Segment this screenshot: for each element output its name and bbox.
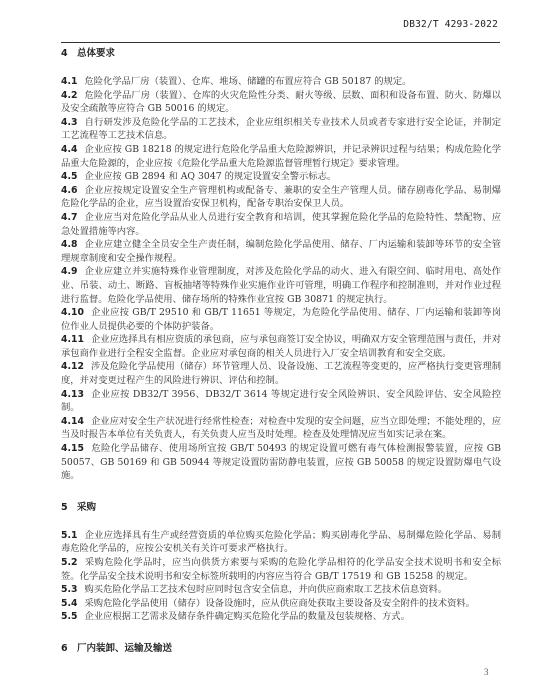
spacer bbox=[61, 515, 501, 529]
document-body: 4总体要求 4.1危险化学品厂房（装置）、仓库、堆场、储罐的布置应符合 GB 5… bbox=[61, 45, 501, 656]
clause-number: 5.2 bbox=[61, 557, 77, 568]
clause-text: 企业应按 GB 2894 和 AQ 3047 的规定设置安全警示标志。 bbox=[84, 171, 336, 182]
clause-4-8: 4.8企业应建立健全全员安全生产责任制，编制危险化学品使用、储存、厂内运输和装卸… bbox=[61, 238, 501, 265]
section-title: 采购 bbox=[77, 502, 96, 513]
clause-text: 企业应按 DB32/T 3956、DB32/T 3614 等规定进行安全风险辨识… bbox=[61, 389, 501, 414]
clause-number: 4.13 bbox=[61, 389, 84, 400]
clause-number: 5.4 bbox=[61, 598, 77, 609]
clause-text: 危险化学品储存、使用场所宜按 GB/T 50493 的规定设置可燃有毒气体检测报… bbox=[61, 443, 501, 481]
clause-4-5: 4.5企业应按 GB 2894 和 AQ 3047 的规定设置安全警示标志。 bbox=[61, 170, 501, 184]
clause-text: 危险化学品厂房（装置）、仓库的火灾危险性分类、耐火等级、层数、面积和设备布置、防… bbox=[61, 90, 501, 115]
clause-4-4: 4.4企业应按 GB 18218 的规定进行危险化学品重大危险源辨识，并记录辨识… bbox=[61, 143, 501, 170]
clause-4-14: 4.14企业应对安全生产状况进行经常性检查；对检查中发现的安全问题，应当立即处理… bbox=[61, 415, 501, 442]
spacer bbox=[61, 624, 501, 642]
clause-text: 企业应对安全生产状况进行经常性检查；对检查中发现的安全问题，应当立即处理；不能处… bbox=[61, 416, 501, 441]
clause-4-12: 4.12涉及危险化学品使用（储存）环节管理人员、设备设施、工艺流程等变更的，应严… bbox=[61, 360, 501, 387]
clause-4-3: 4.3自行研发涉及危险化学品的工艺技术，企业应组织相关专业技术人员或者专家进行安… bbox=[61, 116, 501, 143]
clause-number: 4.14 bbox=[61, 416, 84, 427]
spacer bbox=[61, 61, 501, 75]
section-number: 4 bbox=[61, 47, 77, 61]
clause-number: 4.10 bbox=[61, 307, 84, 318]
clause-text: 企业应按规定设置安全生产管理机构或配备专、兼职的安全生产管理人员。储存剧毒化学品… bbox=[61, 185, 501, 210]
clause-text: 采购危险化学品时，应当向供货方索要与采购的危险化学品相符的化学品安全技术说明书和… bbox=[61, 557, 501, 582]
clause-4-10: 4.10企业应按 GB/T 29510 和 GB/T 11651 等规定，为危险… bbox=[61, 306, 501, 333]
clause-text: 企业应按 GB 18218 的规定进行危险化学品重大危险源辨识，并记录辨识过程与… bbox=[61, 144, 501, 169]
section-number: 5 bbox=[61, 501, 77, 515]
clause-text: 企业应建立并实施特殊作业管理制度，对涉及危险化学品的动火、进入有限空间、临时用电… bbox=[61, 266, 501, 304]
clause-4-6: 4.6企业应按规定设置安全生产管理机构或配备专、兼职的安全生产管理人员。储存剧毒… bbox=[61, 184, 501, 211]
clause-number: 4.1 bbox=[61, 76, 77, 87]
clause-5-1: 5.1企业应选择具有生产或经营资质的单位购买危险化学品；购买剧毒化学品、易制爆危… bbox=[61, 529, 501, 556]
clause-4-7: 4.7企业应当对危险化学品从业人员进行安全教育和培训，使其掌握危险化学品的危险特… bbox=[61, 211, 501, 238]
clause-number: 4.15 bbox=[61, 443, 84, 454]
clause-text: 企业应根据工艺需求及储存条件确定购买危险化学品的数量及包装规格、方式。 bbox=[84, 611, 409, 622]
clause-text: 采购危险化学品使用（储存）设备设施时，应从供应商处获取主要设备及安全附件的技术资… bbox=[84, 598, 474, 609]
clause-number: 4.2 bbox=[61, 90, 77, 101]
clause-4-1: 4.1危险化学品厂房（装置）、仓库、堆场、储罐的布置应符合 GB 50187 的… bbox=[61, 75, 501, 89]
clause-4-9: 4.9企业应建立并实施特殊作业管理制度，对涉及危险化学品的动火、进入有限空间、临… bbox=[61, 265, 501, 306]
clause-number: 4.3 bbox=[61, 117, 77, 128]
clause-text: 企业应按 GB/T 29510 和 GB/T 11651 等规定，为危险化学品使… bbox=[61, 307, 501, 332]
section-number: 6 bbox=[61, 642, 77, 656]
clause-number: 5.1 bbox=[61, 530, 77, 541]
clause-text: 购买危险化学品工艺技术包时应同时包含安全信息，并向供应商索取工艺技术信息资料。 bbox=[84, 584, 447, 595]
header-rule bbox=[61, 42, 500, 43]
clause-5-4: 5.4采购危险化学品使用（储存）设备设施时，应从供应商处获取主要设备及安全附件的… bbox=[61, 597, 501, 611]
standard-number: DB32/T 4293-2022 bbox=[403, 19, 498, 30]
clause-text: 企业应当对危险化学品从业人员进行安全教育和培训，使其掌握危险化学品的危险特性、禁… bbox=[61, 212, 501, 237]
clause-number: 4.11 bbox=[61, 334, 84, 345]
page-number: 3 bbox=[484, 667, 489, 677]
clause-number: 4.9 bbox=[61, 266, 77, 277]
clause-number: 4.6 bbox=[61, 185, 77, 196]
clause-number: 4.7 bbox=[61, 212, 77, 223]
section-title: 厂内装卸、运输及输送 bbox=[77, 643, 172, 654]
section-heading-4: 4总体要求 bbox=[61, 47, 501, 61]
clause-text: 企业应建立健全全员安全生产责任制，编制危险化学品使用、储存、厂内运输和装卸等环节… bbox=[61, 239, 501, 264]
clause-number: 4.12 bbox=[61, 361, 84, 372]
clause-number: 4.4 bbox=[61, 144, 77, 155]
clause-text: 企业应选择具有生产或经营资质的单位购买危险化学品；购买剧毒化学品、易制爆危险化学… bbox=[61, 530, 501, 555]
clause-4-11: 4.11企业应选择具有相应资质的承包商，应与承包商签订安全协议，明确双方安全管理… bbox=[61, 333, 501, 360]
clause-text: 企业应选择具有相应资质的承包商，应与承包商签订安全协议，明确双方安全管理范围与责… bbox=[61, 334, 501, 359]
clause-5-3: 5.3购买危险化学品工艺技术包时应同时包含安全信息，并向供应商索取工艺技术信息资… bbox=[61, 583, 501, 597]
spacer bbox=[61, 483, 501, 501]
clause-number: 5.5 bbox=[61, 611, 77, 622]
clause-number: 5.3 bbox=[61, 584, 77, 595]
section-heading-5: 5采购 bbox=[61, 501, 501, 515]
clause-text: 危险化学品厂房（装置）、仓库、堆场、储罐的布置应符合 GB 50187 的规定。 bbox=[84, 76, 411, 87]
clause-number: 4.8 bbox=[61, 239, 77, 250]
section-heading-6: 6厂内装卸、运输及输送 bbox=[61, 642, 501, 656]
section-title: 总体要求 bbox=[77, 48, 115, 59]
clause-4-13: 4.13企业应按 DB32/T 3956、DB32/T 3614 等规定进行安全… bbox=[61, 388, 501, 415]
clause-text: 自行研发涉及危险化学品的工艺技术，企业应组织相关专业技术人员或者专家进行安全论证… bbox=[61, 117, 501, 142]
clause-number: 4.5 bbox=[61, 171, 77, 182]
clause-text: 涉及危险化学品使用（储存）环节管理人员、设备设施、工艺流程等变更的，应严格执行变… bbox=[61, 361, 501, 386]
clause-5-2: 5.2采购危险化学品时，应当向供货方索要与采购的危险化学品相符的化学品安全技术说… bbox=[61, 556, 501, 583]
clause-5-5: 5.5企业应根据工艺需求及储存条件确定购买危险化学品的数量及包装规格、方式。 bbox=[61, 610, 501, 624]
clause-4-2: 4.2危险化学品厂房（装置）、仓库的火灾危险性分类、耐火等级、层数、面积和设备布… bbox=[61, 89, 501, 116]
clause-4-15: 4.15危险化学品储存、使用场所宜按 GB/T 50493 的规定设置可燃有毒气… bbox=[61, 442, 501, 483]
